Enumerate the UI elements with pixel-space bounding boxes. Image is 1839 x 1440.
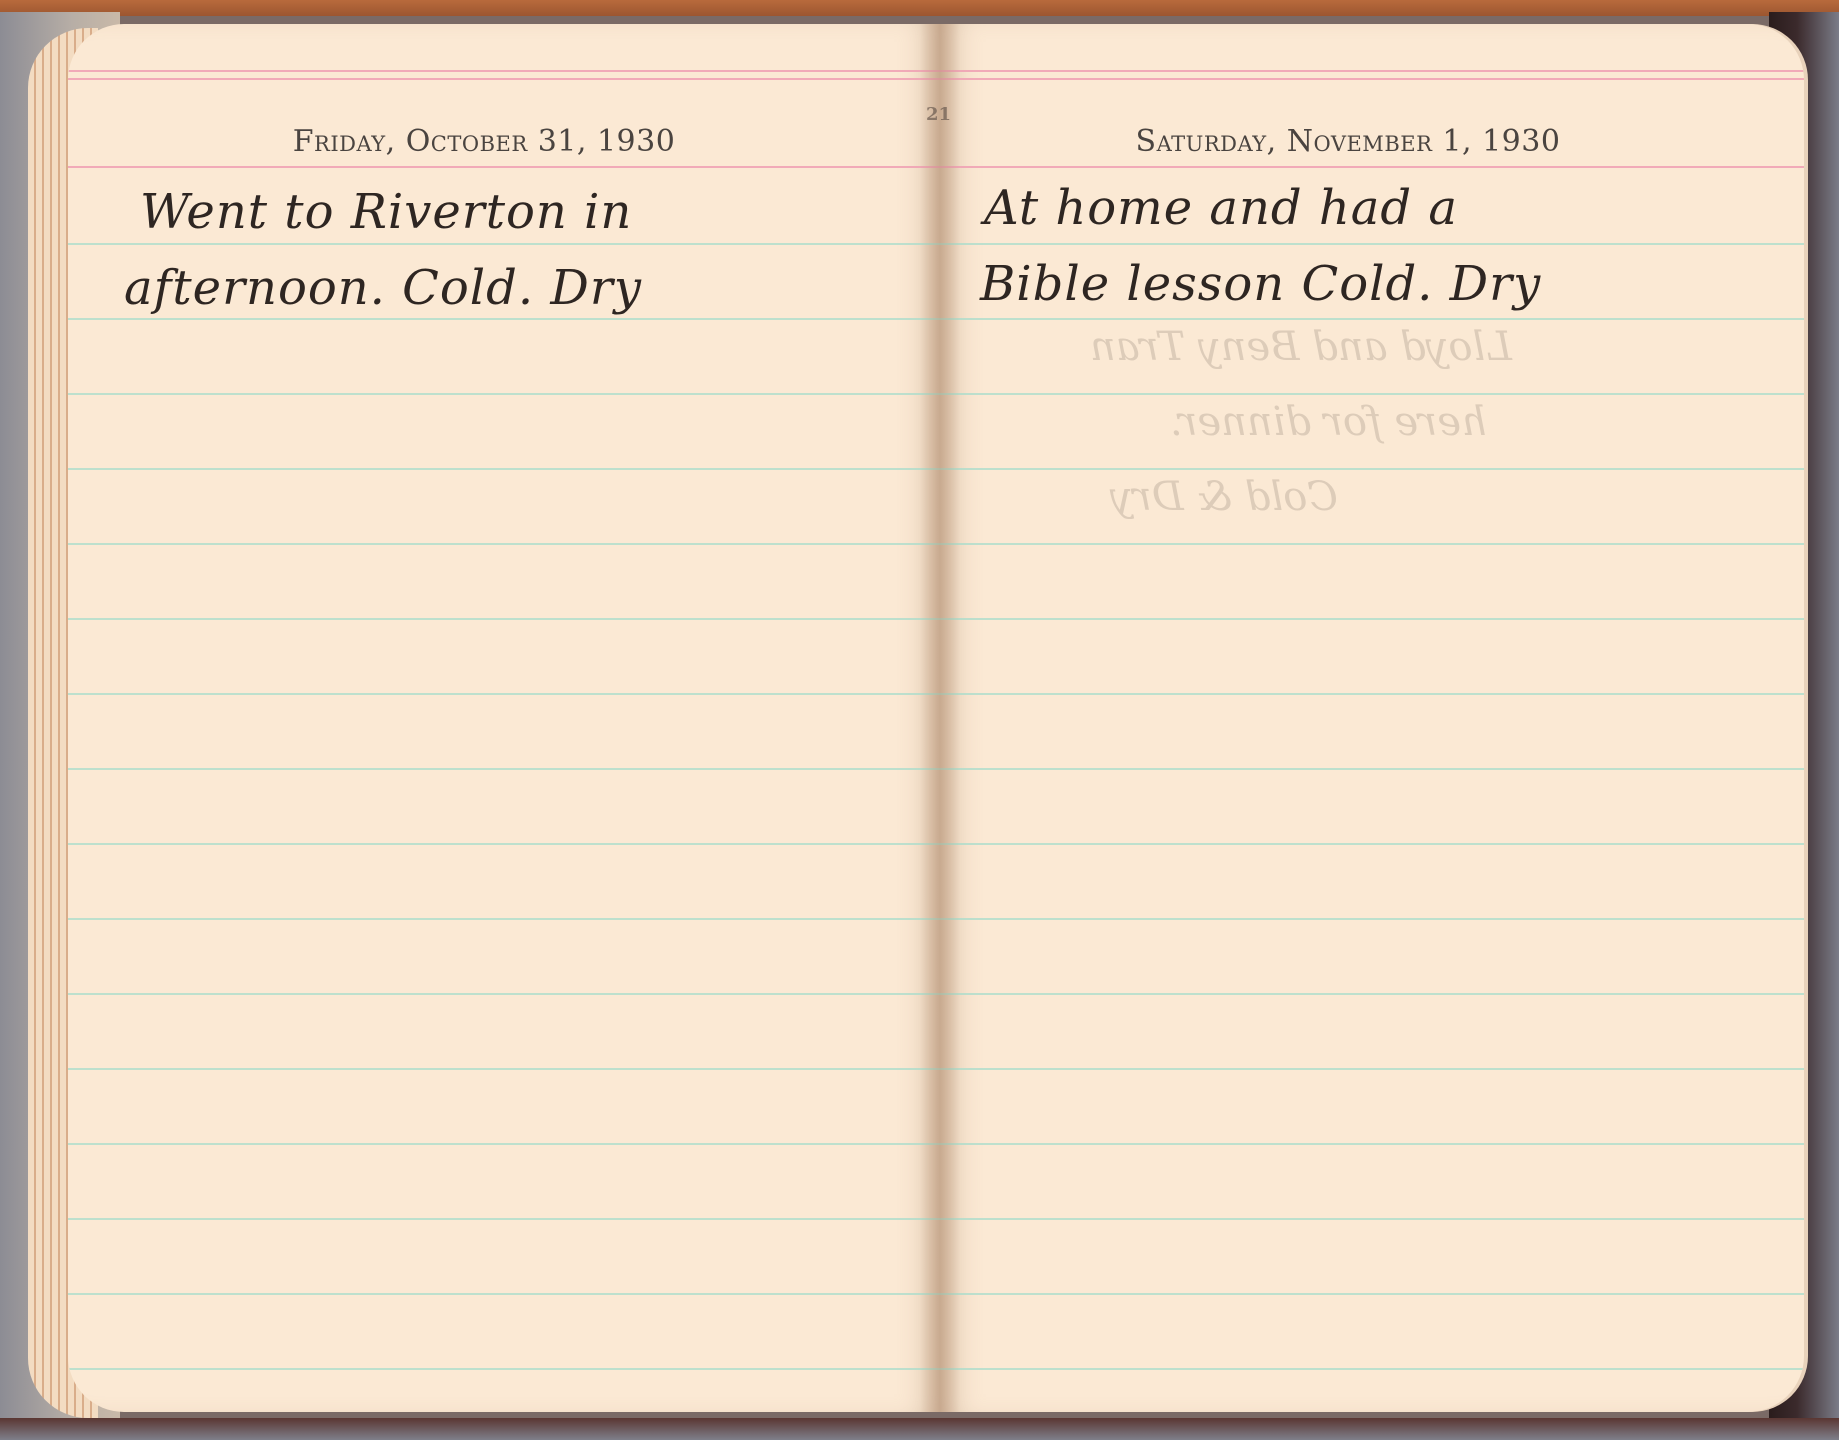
header-rule [940, 166, 1804, 168]
line-rule [940, 1293, 1804, 1295]
line-rule [68, 843, 940, 845]
line-rule [68, 918, 940, 920]
header-rule [940, 78, 1804, 80]
gutter-page-mark: 21 [926, 104, 951, 125]
table-surface [0, 0, 1839, 16]
bleed-through-text: Lloyd and Beny Tran [1090, 324, 1512, 370]
line-rule [68, 1143, 940, 1145]
line-rule [68, 543, 940, 545]
line-rule [940, 243, 1804, 245]
handwritten-line: At home and had a [984, 180, 1458, 236]
line-rule [940, 768, 1804, 770]
line-rule [68, 468, 940, 470]
page-date-header: Saturday, November 1, 1930 [940, 124, 1780, 159]
line-rule [940, 1218, 1804, 1220]
line-rule [68, 318, 940, 320]
line-rule [68, 693, 940, 695]
bleed-through-text: Cold & Dry [1110, 474, 1338, 520]
line-rule [940, 918, 1804, 920]
line-rule [68, 393, 940, 395]
left-page: Friday, October 31, 1930 Went to Riverto… [68, 24, 940, 1412]
line-rule [940, 843, 1804, 845]
header-rule [68, 166, 940, 168]
line-rule [68, 1368, 940, 1370]
line-rule [940, 468, 1804, 470]
right-page: Saturday, November 1, 1930 Lloyd and Ben… [940, 24, 1804, 1412]
page-date-header: Friday, October 31, 1930 [68, 124, 920, 159]
bleed-through-text: here for dinner. [1170, 399, 1487, 445]
line-rule [940, 1143, 1804, 1145]
line-rule [940, 1368, 1804, 1370]
handwritten-line: afternoon. Cold. Dry [124, 260, 642, 316]
line-rule [68, 243, 940, 245]
line-rule [940, 318, 1804, 320]
line-rule [940, 993, 1804, 995]
line-rule [68, 618, 940, 620]
line-rule [940, 618, 1804, 620]
line-rule [68, 1068, 940, 1070]
line-rule [940, 543, 1804, 545]
line-rule [68, 768, 940, 770]
book-cover-bottom [0, 1418, 1839, 1440]
book-gutter [920, 24, 960, 1412]
line-rule [940, 393, 1804, 395]
line-rule [68, 1293, 940, 1295]
header-rule [68, 78, 940, 80]
line-rule [940, 693, 1804, 695]
line-rule [68, 1218, 940, 1220]
header-rule [68, 70, 940, 72]
line-rule [940, 1068, 1804, 1070]
header-rule [940, 70, 1804, 72]
line-rule [68, 993, 940, 995]
handwritten-line: Went to Riverton in [140, 184, 632, 240]
handwritten-line: Bible lesson Cold. Dry [980, 256, 1541, 312]
